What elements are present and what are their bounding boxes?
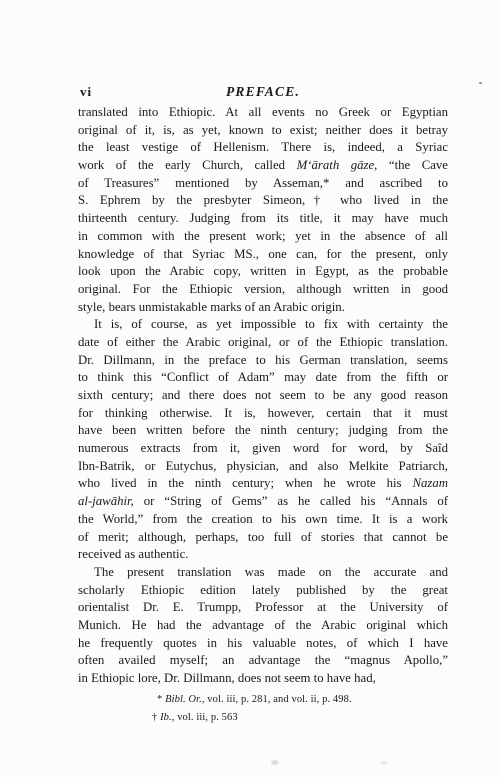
text-line: orientalist Dr. E. Trumpp, Professor at … [78,599,448,617]
text-line: Ibn-Batrik, or Eutychus, physician, and … [78,458,448,476]
text-segment: in common with the present work; yet in … [78,229,448,243]
text-line: Munich. He had the advantage of the Arab… [78,617,448,635]
text-segment: to think this “Conflict of Adam” may dat… [78,370,448,384]
text-segment: or “String of Gems” as he called his “An… [134,494,448,508]
text-segment: scholarly Ethiopic edition lately publis… [78,583,448,597]
italic-text-segment: Ib. [160,712,172,723]
scan-speck [380,761,388,764]
text-line: often availed myself; an advantage the “… [78,652,448,670]
text-line: he frequently quotes in his valuable not… [78,635,448,653]
text-segment: Ibn-Batrik, or Eutychus, physician, and … [78,459,448,473]
text-line: original of it, is, as yet, known to exi… [78,122,448,140]
text-line: original. For the Ethiopic version, alth… [78,281,448,299]
scan-speck [479,82,482,84]
text-line: Dr. Dillmann, in the preface to his Germ… [78,352,448,370]
text-segment: thirteenth century. Judging from its tit… [78,211,448,225]
italic-text-segment: Nazam [412,476,448,490]
page-number: vi [80,84,92,100]
text-segment: knowledge of that Syriac MS., one can, f… [78,247,448,261]
text-segment: for thinking otherwise. It is, however, … [78,406,448,420]
footnote-line: * Bibl. Or., vol. iii, p. 281, and vol. … [157,691,407,709]
text-line: sixth century; and there does not seem t… [78,387,448,405]
text-line: have been written before the ninth centu… [78,422,448,440]
text-line: translated into Ethiopic. At all events … [78,104,448,122]
text-segment: look upon the Arabic copy, written in Eg… [78,264,448,278]
text-line: It is, of course, as yet impossible to f… [78,316,448,334]
page-title: PREFACE. [78,84,448,100]
text-line: thirteenth century. Judging from its tit… [78,210,448,228]
text-segment: he frequently quotes in his valuable not… [78,636,448,650]
body-text: translated into Ethiopic. At all events … [78,104,448,688]
text-line: for thinking otherwise. It is, however, … [78,405,448,423]
text-line: The present translation was made on the … [78,564,448,582]
text-line: the least vestige of Hellenism. There is… [78,139,448,157]
scan-speck [271,760,279,765]
text-line: of merit; although, perhaps, too full of… [78,529,448,547]
text-segment: sixth century; and there does not seem t… [78,388,448,402]
text-segment: the World,” from the creation to his own… [78,512,448,526]
text-line: of Treasures” mentioned by Asseman,* and… [78,175,448,193]
text-segment: style, bears unmistakable marks of an Ar… [78,300,345,314]
text-segment: translated into Ethiopic. At all events … [78,105,448,119]
text-line: work of the early Church, called M‘ārath… [78,157,448,175]
text-segment: in Ethiopic lore, Dr. Dillmann, does not… [78,671,376,685]
text-segment: orientalist Dr. E. Trumpp, Professor at … [78,600,448,614]
text-line: who lived in the ninth century; when he … [78,475,448,493]
italic-text-segment: M‘ārath gāze, [297,158,378,172]
book-page: vi PREFACE. translated into Ethiopic. At… [0,0,502,777]
text-segment: of Treasures” mentioned by Asseman,* and… [78,176,448,190]
page-header: vi PREFACE. [78,84,448,100]
text-segment: original. For the Ethiopic version, alth… [78,282,448,296]
text-segment: * [157,694,165,705]
text-segment: , vol. iii, p. 563 [172,712,238,723]
text-segment: often availed myself; an advantage the “… [78,653,448,667]
text-segment: S. Ephrem by the presbyter Simeon,† who … [78,193,448,207]
text-segment: numerous extracts from it, given word fo… [78,441,448,455]
text-segment: work of the early Church, called [78,158,297,172]
text-line: style, bears unmistakable marks of an Ar… [78,299,448,317]
text-segment: † [152,712,160,723]
text-line: in Ethiopic lore, Dr. Dillmann, does not… [78,670,448,688]
text-segment: date of either the Arabic original, or o… [78,335,448,349]
text-line: numerous extracts from it, given word fo… [78,440,448,458]
italic-text-segment: al-jawāhir, [78,494,134,508]
text-segment: “the Cave [377,158,448,172]
text-line: look upon the Arabic copy, written in Eg… [78,263,448,281]
text-line: S. Ephrem by the presbyter Simeon,† who … [78,192,448,210]
text-line: al-jawāhir, or “String of Gems” as he ca… [78,493,448,511]
text-segment: have been written before the ninth centu… [78,423,448,437]
text-segment: Dr. Dillmann, in the preface to his Germ… [78,353,448,367]
text-line: in common with the present work; yet in … [78,228,448,246]
italic-text-segment: Bibl. Or. [165,694,202,705]
text-segment: who lived in the ninth century; when he … [78,476,412,490]
footnote-line: † Ib., vol. iii, p. 563 [152,709,407,727]
text-line: date of either the Arabic original, or o… [78,334,448,352]
text-segment: , vol. iii, p. 281, and vol. ii, p. 498. [202,694,352,705]
text-segment: Munich. He had the advantage of the Arab… [78,618,448,632]
text-segment: of merit; although, perhaps, too full of… [78,530,448,544]
text-segment: The present translation was made on the … [94,565,448,579]
text-line: scholarly Ethiopic edition lately publis… [78,582,448,600]
text-segment: received as authentic. [78,547,189,561]
footnotes: * Bibl. Or., vol. iii, p. 281, and vol. … [157,691,407,726]
text-line: received as authentic. [78,546,448,564]
text-segment: It is, of course, as yet impossible to f… [94,317,448,331]
text-segment: original of it, is, as yet, known to exi… [78,123,448,137]
text-segment: the least vestige of Hellenism. There is… [78,140,448,154]
text-line: knowledge of that Syriac MS., one can, f… [78,246,448,264]
text-line: the World,” from the creation to his own… [78,511,448,529]
text-line: to think this “Conflict of Adam” may dat… [78,369,448,387]
